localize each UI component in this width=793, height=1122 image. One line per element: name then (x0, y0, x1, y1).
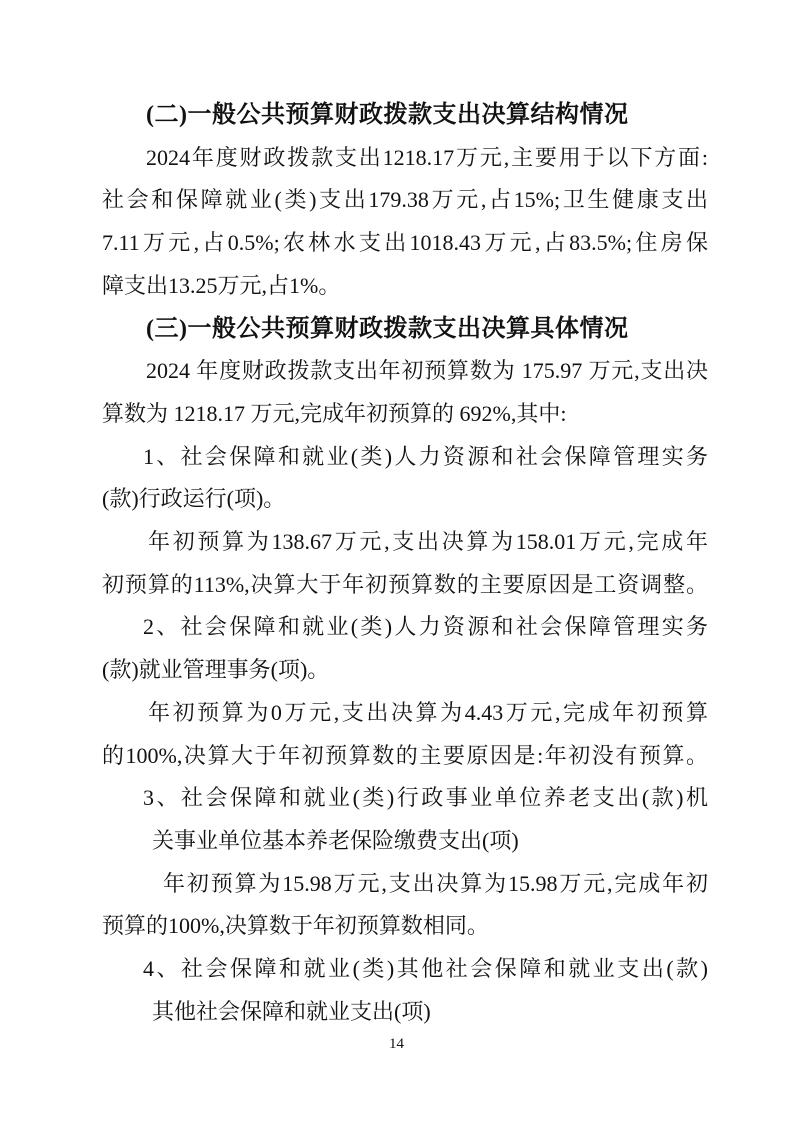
item1-detail-line-2: 初预算的113%,决算大于年初预算数的主要原因是工资调整。 (102, 564, 708, 607)
item4-title-line-1: 4、社会保障和就业(类)其他社会保障和就业支出(款) (102, 948, 708, 991)
item2-title-line-2: (款)就业管理事务(项)。 (102, 649, 708, 692)
item3-title-line-1: 3、社会保障和就业(类)行政事业单位养老支出(款)机 (102, 777, 708, 820)
page-number: 14 (0, 1036, 793, 1053)
item4-title-line-2: 其他社会保障和就业支出(项) (102, 991, 708, 1034)
item3-title-line-2: 关事业单位基本养老保险缴费支出(项) (102, 820, 708, 863)
document-body: (二)一般公共预算财政拨款支出决算结构情况 2024年度财政拨款支出1218.1… (102, 94, 708, 1033)
detail-intro-line-1: 2024 年度财政拨款支出年初预算数为 175.97 万元,支出决 (102, 350, 708, 393)
item2-detail-line-1: 年初预算为0万元,支出决算为4.43万元,完成年初预算 (102, 692, 708, 735)
document-page: (二)一般公共预算财政拨款支出决算结构情况 2024年度财政拨款支出1218.1… (0, 0, 793, 1122)
item1-title-line-1: 1、社会保障和就业(类)人力资源和社会保障管理实务 (102, 436, 708, 479)
heading-detail-section: (三)一般公共预算财政拨款支出决算具体情况 (102, 308, 708, 351)
item2-title-line-1: 2、社会保障和就业(类)人力资源和社会保障管理实务 (102, 606, 708, 649)
structure-para-line-2: 社会和保障就业(类)支出179.38万元,占15%;卫生健康支出 (102, 179, 708, 222)
structure-para-line-4: 障支出13.25万元,占1%。 (102, 265, 708, 308)
item3-detail-line-1: 年初预算为15.98万元,支出决算为15.98万元,完成年初 (102, 863, 708, 906)
heading-structure-section: (二)一般公共预算财政拨款支出决算结构情况 (102, 94, 708, 137)
item1-title-line-2: (款)行政运行(项)。 (102, 478, 708, 521)
item1-detail-line-1: 年初预算为138.67万元,支出决算为158.01万元,完成年 (102, 521, 708, 564)
item3-detail-line-2: 预算的100%,决算数于年初预算数相同。 (102, 905, 708, 948)
item2-detail-line-2: 的100%,决算大于年初预算数的主要原因是:年初没有预算。 (102, 735, 708, 778)
structure-para-line-1: 2024年度财政拨款支出1218.17万元,主要用于以下方面: (102, 137, 708, 180)
structure-para-line-3: 7.11万元,占0.5%;农林水支出1018.43万元,占83.5%;住房保 (102, 222, 708, 265)
detail-intro-line-2: 算数为 1218.17 万元,完成年初预算的 692%,其中: (102, 393, 708, 436)
